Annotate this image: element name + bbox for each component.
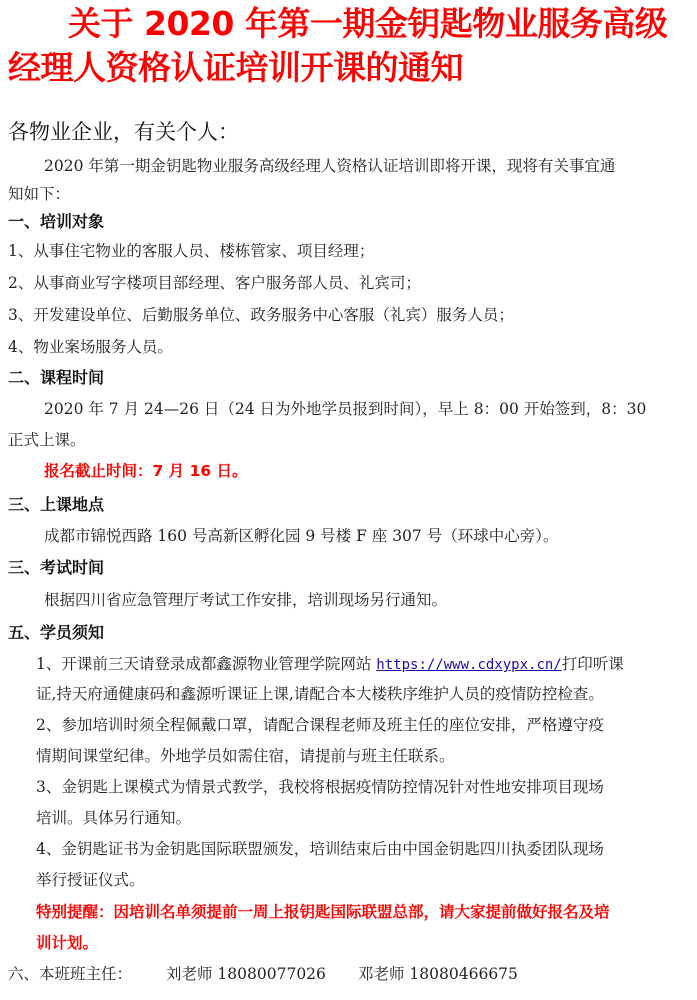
- section-heading-schedule: 二、课程时间: [8, 367, 104, 389]
- teacher-contact-2: 邓老师 18080466675: [358, 963, 518, 985]
- note-1-text-tail: 打印听课: [562, 655, 624, 673]
- target-item-2: 2、从事商业写字楼项目部经理、客户服务部人员、礼宾司；: [8, 272, 421, 294]
- note-2-line2: 情期间课堂纪律。外地学员如需住宿，请提前与班主任联系。: [36, 745, 455, 767]
- note-1-text: 1、开课前三天请登录成都鑫源物业管理学院网站: [36, 655, 376, 673]
- special-reminder-line1: 特别提醒：因培训名单须提前一周上报钥匙国际联盟总部，请大家提前做好报名及培: [36, 901, 610, 923]
- notice-title-line2: 经理人资格认证培训开课的通知: [8, 50, 463, 86]
- location-address: 成都市锦悦西路 160 号高新区孵化园 9 号楼 F 座 307 号（环球中心旁…: [44, 525, 558, 547]
- target-item-1: 1、从事住宅物业的客服人员、楼栋管家、项目经理；: [8, 240, 374, 262]
- section-heading-location: 三、上课地点: [8, 494, 104, 516]
- intro-line1: 2020 年第一期金钥匙物业服务高级经理人资格认证培训即将开课，现将有关事宜通: [44, 155, 615, 177]
- special-reminder-line2: 训计划。: [36, 932, 98, 954]
- notice-title-line1: 关于 2020 年第一期金钥匙物业服务高级: [68, 6, 667, 42]
- section-heading-targets: 一、培训对象: [8, 211, 104, 233]
- website-link[interactable]: https://www.cdxypx.cn/: [376, 657, 561, 673]
- note-1-line2: 证,持天府通健康码和鑫源听课证上课,请配合本大楼秩序维护人员的疫情防控检查。: [36, 683, 604, 705]
- greeting: 各物业企业，有关个人：: [8, 118, 239, 146]
- section-heading-teachers: 六、本班班主任：: [8, 963, 132, 985]
- note-1-line1: 1、开课前三天请登录成都鑫源物业管理学院网站 https://www.cdxyp…: [36, 653, 624, 676]
- teacher-contact-1: 刘老师 18080077026: [166, 963, 326, 985]
- note-4-line2: 举行授证仪式。: [36, 869, 145, 891]
- note-3-line1: 3、金钥匙上课模式为情景式教学，我校将根据疫情防控情况针对性地安排项目现场: [36, 776, 604, 798]
- note-3-line2: 培训。具体另行通知。: [36, 807, 191, 829]
- intro-line2: 知如下：: [8, 183, 70, 205]
- section-heading-exam: 三、考试时间: [8, 557, 104, 579]
- note-4-line1: 4、金钥匙证书为金钥匙国际联盟颁发，培训结束后由中国金钥匙四川执委团队现场: [36, 838, 604, 860]
- schedule-line1: 2020 年 7 月 24—26 日（24 日为外地学员报到时间），早上 8：0…: [44, 398, 646, 420]
- target-item-4: 4、物业案场服务人员。: [8, 336, 173, 358]
- registration-deadline: 报名截止时间：7 月 16 日。: [44, 460, 248, 482]
- section-heading-notes: 五、学员须知: [8, 622, 104, 644]
- schedule-line2: 正式上课。: [8, 429, 86, 451]
- note-2-line1: 2、参加培训时须全程佩戴口罩，请配合课程老师及班主任的座位安排，严格遵守疫: [36, 714, 604, 736]
- exam-info: 根据四川省应急管理厅考试工作安排，培训现场另行通知。: [44, 589, 447, 611]
- target-item-3: 3、开发建设单位、后勤服务单位、政务服务中心客服（礼宾）服务人员；: [8, 304, 514, 326]
